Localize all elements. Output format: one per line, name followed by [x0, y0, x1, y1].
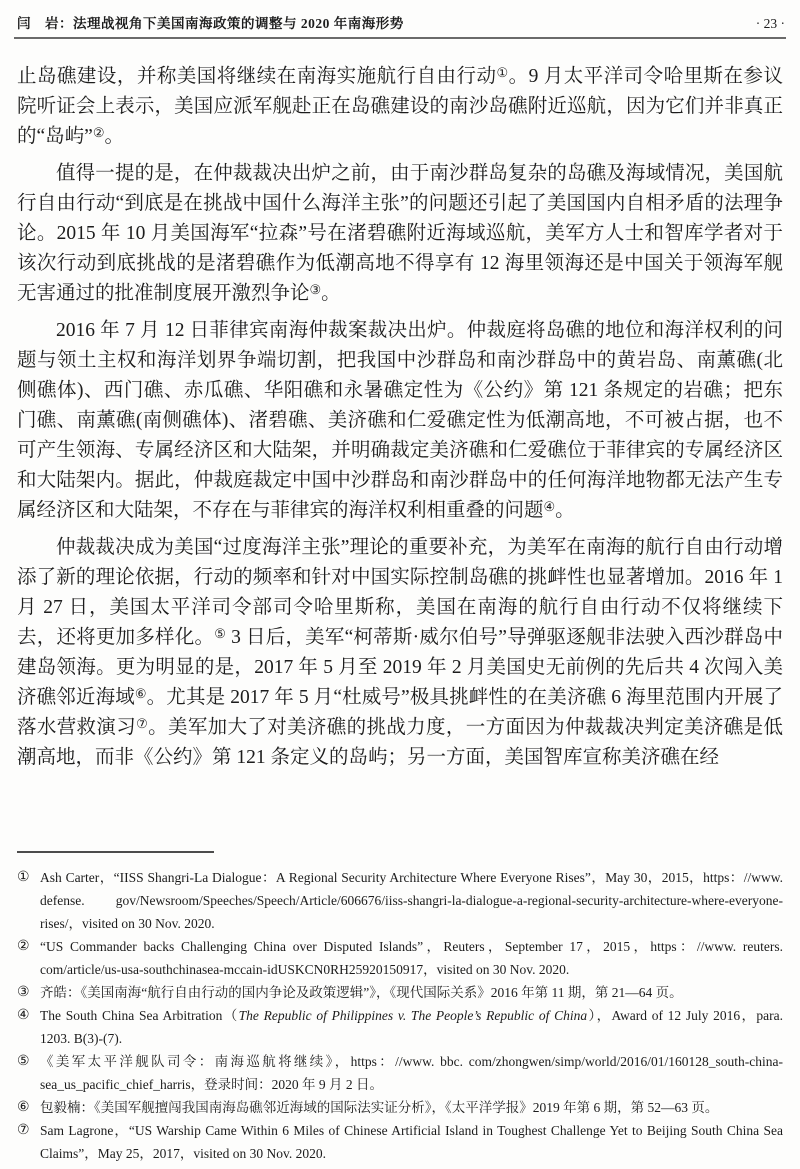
footnotes-section: ①Ash Carter，“IISS Shangri-La Dialogue：A …	[17, 851, 783, 1165]
footnote-item-2: ②“US Commander backs Challenging China o…	[17, 935, 783, 981]
footnote-text: Ash Carter，“IISS Shangri-La Dialogue：A R…	[40, 870, 783, 931]
footnote-text: Sam Lagrone，“US Warship Came Within 6 Mi…	[40, 1123, 783, 1161]
footnote-number-7: ⑦	[17, 1119, 30, 1142]
body-text: 。	[104, 126, 124, 147]
page-header: 闫 岩：法理战视角下美国南海政策的调整与 2020 年南海形势 · 23 ·	[17, 12, 785, 32]
footnote-number-2: ②	[17, 935, 30, 958]
running-title: 闫 岩：法理战视角下美国南海政策的调整与 2020 年南海形势	[17, 12, 404, 32]
paper-page: 闫 岩：法理战视角下美国南海政策的调整与 2020 年南海形势 · 23 · 止…	[0, 0, 800, 1169]
paragraph-2: 值得一提的是，在仲裁裁决出炉之前，由于南沙群岛复杂的岛礁及海域情况，美国航行自由…	[17, 159, 783, 309]
footnote-number-6: ⑥	[17, 1096, 30, 1119]
footnote-text: 齐皓：《美国南海“航行自由行动的国内争论及政策逻辑”》，《现代国际关系》2016…	[40, 985, 683, 1000]
body-text: 。	[321, 283, 341, 304]
footnote-item-1: ①Ash Carter，“IISS Shangri-La Dialogue：A …	[17, 866, 783, 935]
footnote-number-1: ①	[17, 866, 30, 889]
body-text: 值得一提的是，在仲裁裁决出炉之前，由于南沙群岛复杂的岛礁及海域情况，美国航行自由…	[17, 163, 783, 304]
footnote-number-4: ④	[17, 1004, 30, 1027]
footnote-marker-2: ②	[93, 125, 105, 140]
footnote-separator	[17, 851, 214, 853]
footnote-text: “US Commander backs Challenging China ov…	[40, 939, 783, 977]
footnote-item-7: ⑦Sam Lagrone，“US Warship Came Within 6 M…	[17, 1119, 783, 1165]
footnote-marker-6: ⑥	[135, 686, 147, 701]
footnote-marker-4: ④	[544, 499, 556, 514]
footnote-text: 包毅楠：《美国军舰擅闯我国南海岛礁邻近海域的国际法实证分析》，《太平洋学报》20…	[40, 1100, 718, 1115]
page-number: · 23 ·	[756, 16, 785, 32]
header-rule	[14, 37, 786, 39]
paragraph-3: 2016 年 7 月 12 日菲律宾南海仲裁案裁决出炉。仲裁庭将岛礁的地位和海洋…	[17, 316, 783, 526]
footnote-number-3: ③	[17, 981, 30, 1004]
footnote-text: The South China Sea Arbitration（	[40, 1008, 239, 1023]
body-text: 。	[555, 500, 575, 521]
body-text: 2016 年 7 月 12 日菲律宾南海仲裁案裁决出炉。仲裁庭将岛礁的地位和海洋…	[17, 320, 783, 521]
footnote-number-5: ⑤	[17, 1050, 30, 1073]
footnote-item-3: ③齐皓：《美国南海“航行自由行动的国内争论及政策逻辑”》，《现代国际关系》201…	[17, 981, 783, 1004]
body-text: 止岛礁建设，并称美国将继续在南海实施航行自由行动	[17, 66, 497, 87]
footnote-item-5: ⑤《美军太平洋舰队司令：南海巡航将继续》，https：//www. bbc. c…	[17, 1050, 783, 1096]
footnote-case-name: The Republic of Philippines v. The Peopl…	[239, 1008, 587, 1023]
footnote-item-4: ④The South China Sea Arbitration（The Rep…	[17, 1004, 783, 1050]
footnote-marker-7: ⑦	[136, 716, 148, 731]
footnote-marker-5: ⑤	[214, 626, 226, 641]
footnote-item-6: ⑥包毅楠：《美国军舰擅闯我国南海岛礁邻近海域的国际法实证分析》，《太平洋学报》2…	[17, 1096, 783, 1119]
footnote-marker-3: ③	[310, 282, 322, 297]
paragraph-4: 仲裁裁决成为美国“过度海洋主张”理论的重要补充，为美军在南海的航行自由行动增添了…	[17, 533, 783, 773]
paragraph-1: 止岛礁建设，并称美国将继续在南海实施航行自由行动①。9 月太平洋司令哈里斯在参议…	[17, 62, 783, 152]
footnote-text: 《美军太平洋舰队司令：南海巡航将继续》，https：//www. bbc. co…	[40, 1054, 783, 1092]
article-body: 止岛礁建设，并称美国将继续在南海实施航行自由行动①。9 月太平洋司令哈里斯在参议…	[17, 62, 783, 780]
footnote-marker-1: ①	[497, 65, 509, 80]
